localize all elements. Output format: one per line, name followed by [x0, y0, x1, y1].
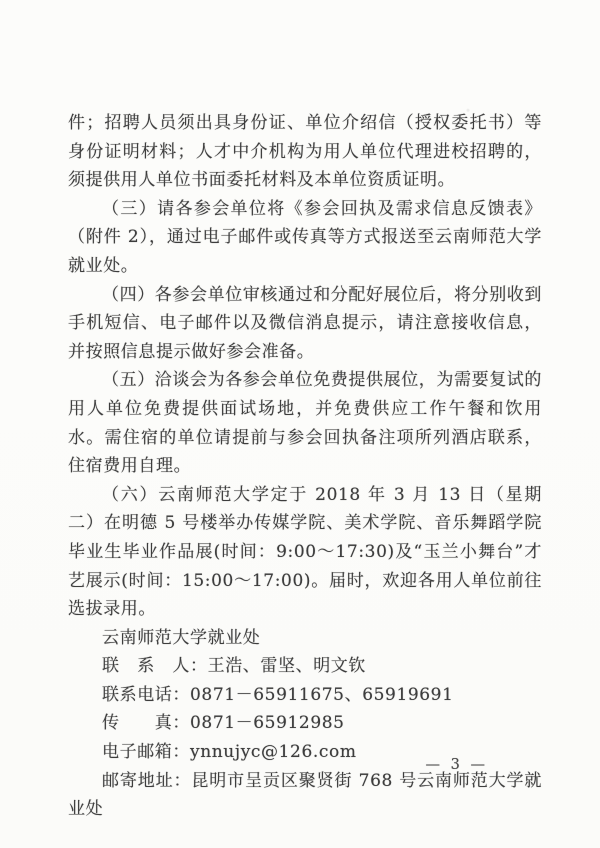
paragraph-continuation: 件；招聘人员须出具身份证、单位介绍信（授权委托书）等身份证明材料；人才中介机构为… — [68, 109, 542, 195]
paragraph-item-6: （六）云南师范大学定于 2018 年 3 月 13 日（星期二）在明德 5 号楼… — [68, 481, 542, 624]
document-body: 件；招聘人员须出具身份证、单位介绍信（授权委托书）等身份证明材料；人才中介机构为… — [68, 109, 542, 824]
contact-address-line: 邮寄地址：昆明市呈贡区聚贤街 768 号云南师范大学就业处 — [68, 767, 542, 824]
contact-phone-line: 联系电话：0871－65911675、65919691 — [68, 681, 542, 710]
paragraph-item-4: （四）各参会单位审核通过和分配好展位后，将分别收到手机短信、电子邮件以及微信消息… — [68, 281, 542, 367]
contact-fax-line: 传 真：0871－65912985 — [68, 709, 542, 738]
paragraph-item-5: （五）洽谈会为各参会单位免费提供展位，为需要复试的用人单位免费提供面试场地，并免… — [68, 366, 542, 480]
paragraph-item-3: （三）请各参会单位将《参会回执及需求信息反馈表》（附件 2），通过电子邮件或传真… — [68, 195, 542, 281]
contact-persons-line: 联 系 人：王浩、雷坚、明文钦 — [68, 652, 542, 681]
signature-department: 云南师范大学就业处 — [68, 624, 542, 653]
page-number: — 3 — — [426, 757, 488, 773]
scanned-document-page: 件；招聘人员须出具身份证、单位介绍信（授权委托书）等身份证明材料；人才中介机构为… — [0, 0, 600, 848]
